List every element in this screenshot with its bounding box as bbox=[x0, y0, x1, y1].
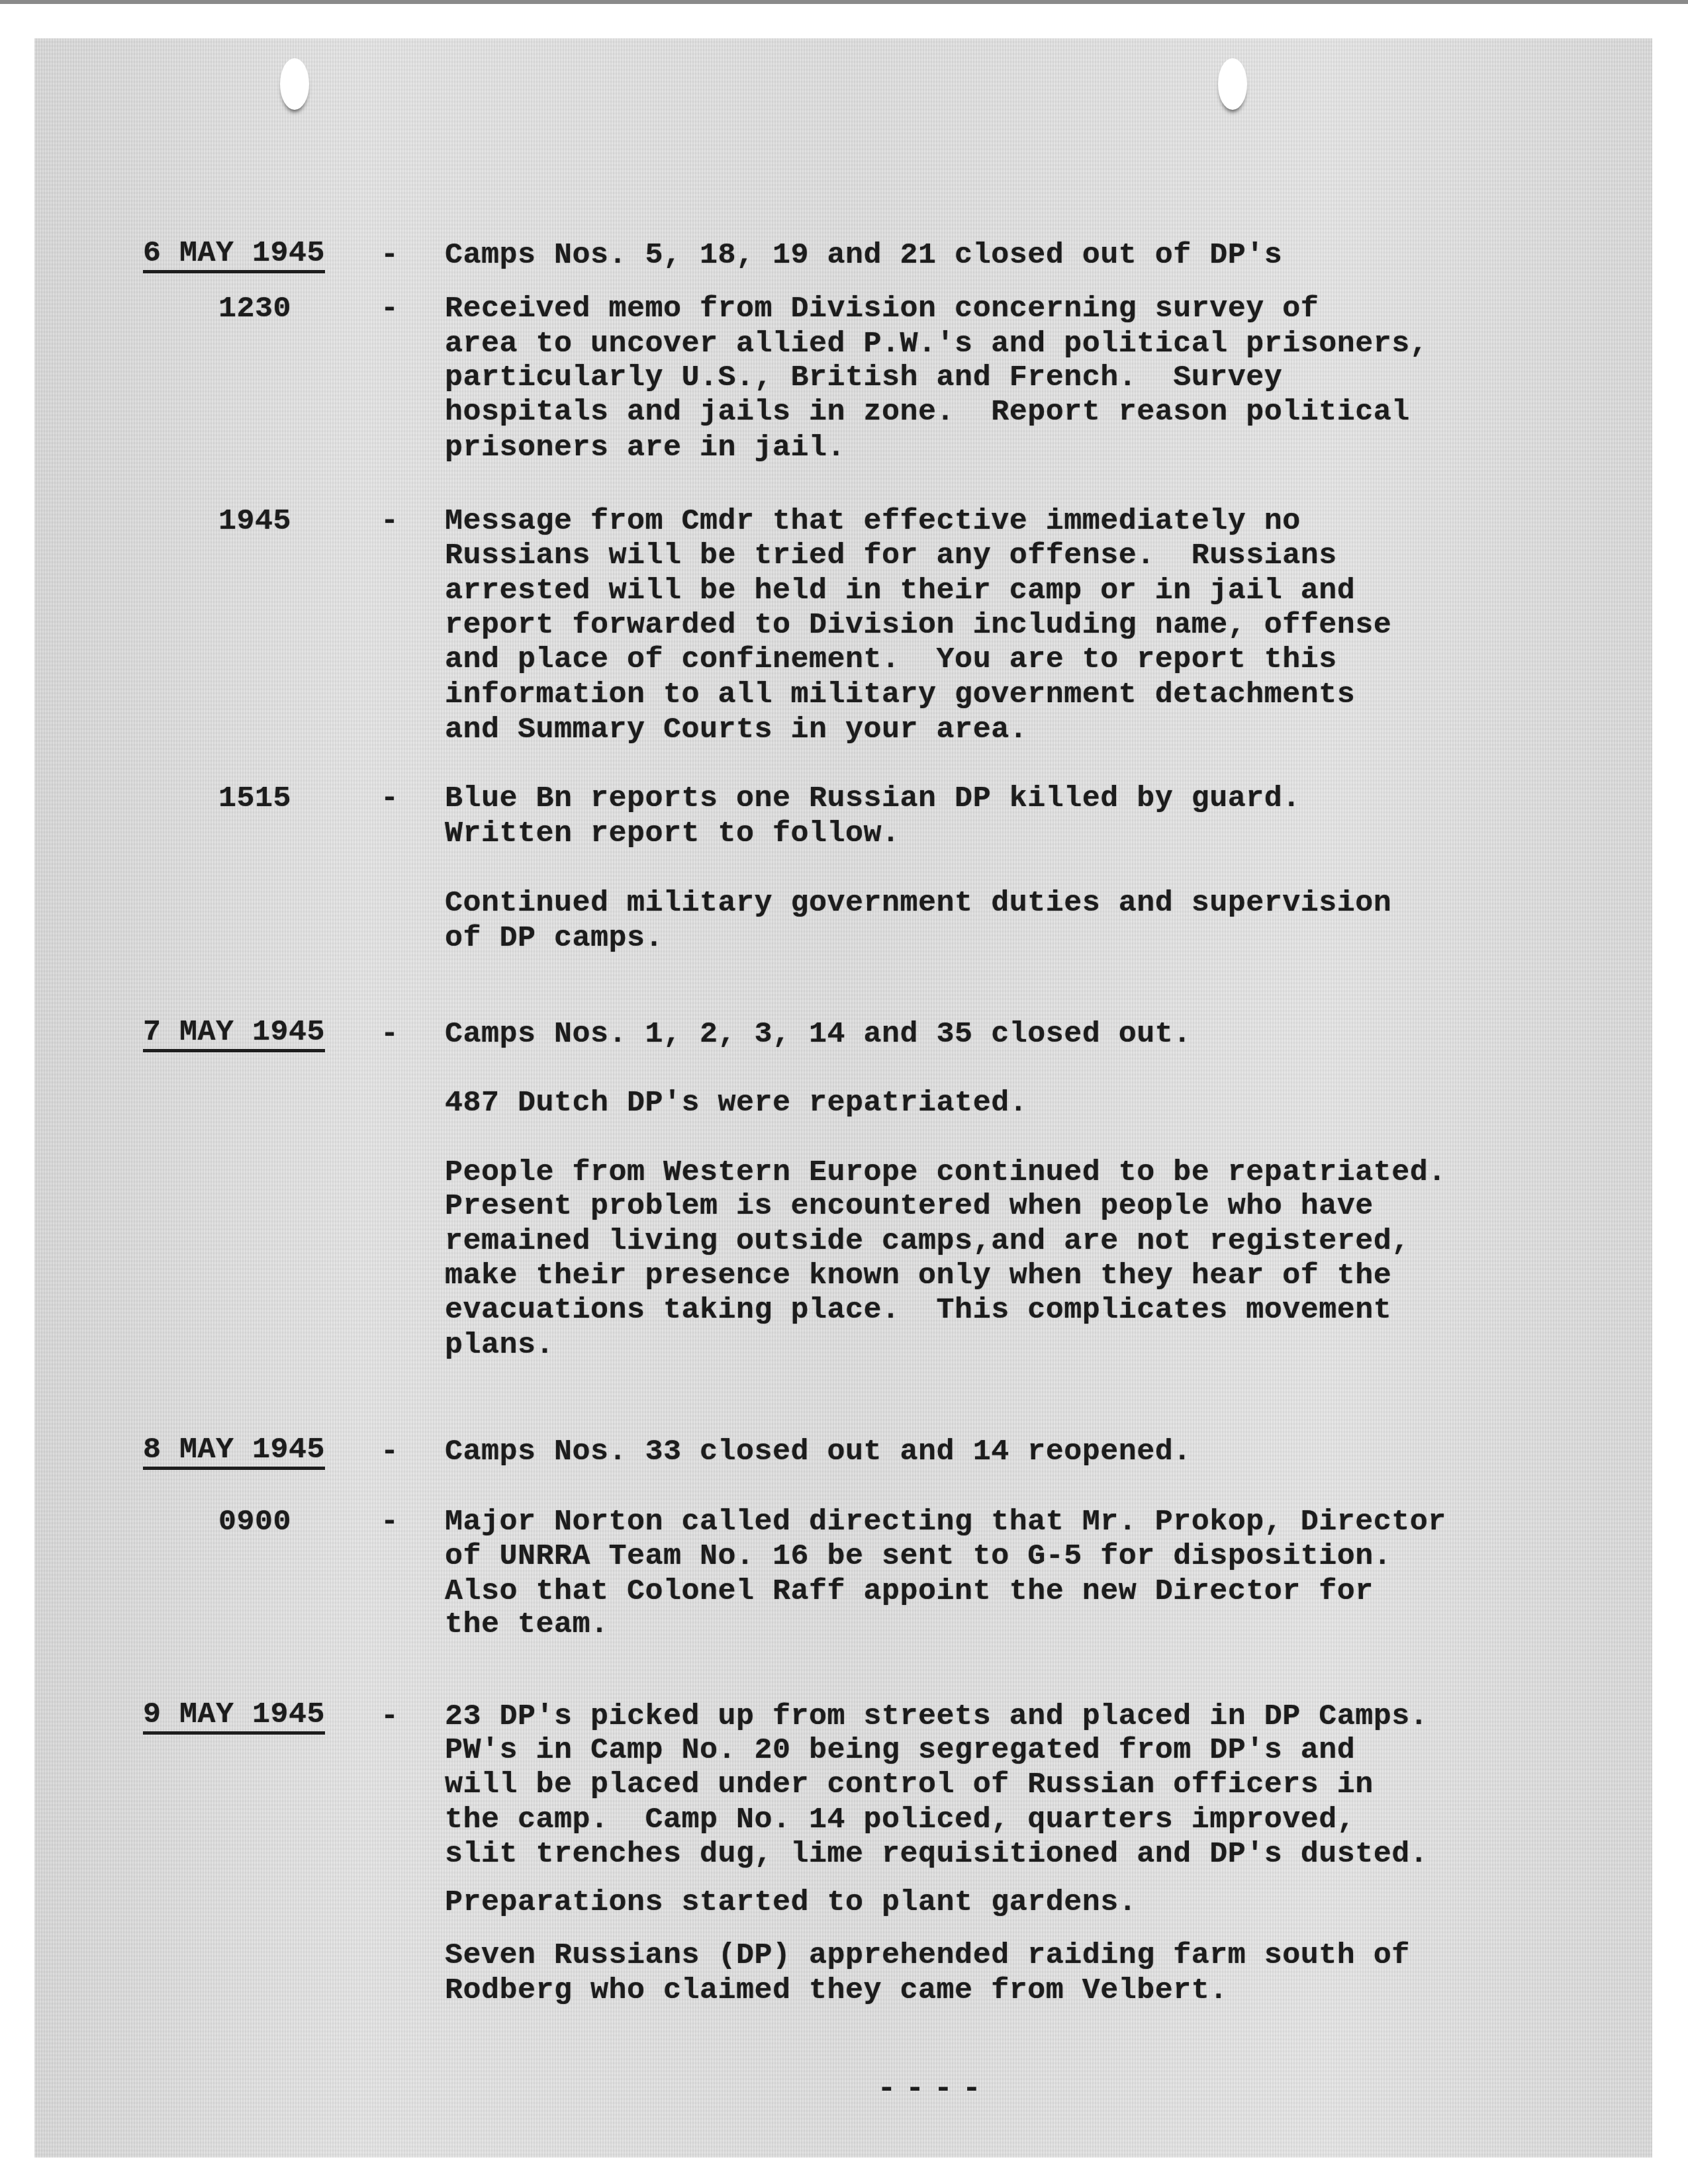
time-1230: 1230 bbox=[199, 292, 291, 326]
note-text: Continued military government duties and… bbox=[445, 886, 1391, 921]
entry-text: Message from Cmdr that effective immedia… bbox=[445, 504, 1301, 539]
punch-hole-right bbox=[1218, 58, 1247, 110]
entry-text: area to uncover allied P.W.'s and politi… bbox=[445, 327, 1428, 361]
note-text: make their presence known only when they… bbox=[445, 1259, 1391, 1293]
entry-text: Blue Bn reports one Russian DP killed by… bbox=[445, 782, 1301, 816]
entry-text: and place of confinement. You are to rep… bbox=[445, 643, 1337, 677]
note-text: Present problem is encountered when peop… bbox=[445, 1189, 1374, 1224]
entry-text: prisoners are in jail. bbox=[445, 431, 845, 465]
entry-text: Also that Colonel Raff appoint the new D… bbox=[445, 1574, 1374, 1609]
punch-hole-left bbox=[280, 58, 309, 110]
entry-dash: - bbox=[381, 1435, 399, 1469]
entry-text: report forwarded to Division including n… bbox=[445, 608, 1391, 643]
entry-date-7-may: 7 MAY 1945 bbox=[143, 1017, 325, 1052]
entry-text: the camp. Camp No. 14 policed, quarters … bbox=[445, 1803, 1355, 1837]
entry-text: of UNRRA Team No. 16 be sent to G-5 for … bbox=[445, 1539, 1391, 1574]
entry-date-9-may: 9 MAY 1945 bbox=[143, 1700, 325, 1735]
entry-dash: - bbox=[381, 1505, 399, 1539]
time-0900: 0900 bbox=[199, 1505, 291, 1539]
entry-text: Camps Nos. 33 closed out and 14 reopened… bbox=[445, 1435, 1192, 1469]
entry-dash: - bbox=[381, 1700, 399, 1734]
entry-text: will be placed under control of Russian … bbox=[445, 1768, 1374, 1802]
entry-text: Written report to follow. bbox=[445, 817, 900, 851]
entry-text: and Summary Courts in your area. bbox=[445, 713, 1027, 747]
entry-text: PW's in Camp No. 20 being segregated fro… bbox=[445, 1733, 1355, 1768]
entry-text: Major Norton called directing that Mr. P… bbox=[445, 1505, 1446, 1539]
entry-text: Camps Nos. 1, 2, 3, 14 and 35 closed out… bbox=[445, 1017, 1192, 1052]
entry-text: information to all military government d… bbox=[445, 678, 1355, 712]
entry-text: slit trenches dug, lime requisitioned an… bbox=[445, 1837, 1428, 1872]
note-text: Rodberg who claimed they came from Velbe… bbox=[445, 1974, 1228, 2008]
note-text: Seven Russians (DP) apprehended raiding … bbox=[445, 1938, 1410, 1973]
entry-dash: - bbox=[381, 238, 399, 273]
entry-date-8-may: 8 MAY 1945 bbox=[143, 1435, 325, 1470]
entry-dash: - bbox=[381, 782, 399, 816]
scan-top-edge bbox=[0, 0, 1688, 4]
end-of-section-mark: ---- bbox=[877, 2071, 990, 2107]
note-text: remained living outside camps,and are no… bbox=[445, 1224, 1410, 1259]
note-text: People from Western Europe continued to … bbox=[445, 1156, 1446, 1190]
entry-dash: - bbox=[381, 1017, 399, 1052]
note-text: of DP camps. bbox=[445, 921, 663, 956]
entry-text: Russians will be tried for any offense. … bbox=[445, 539, 1337, 573]
entry-date-6-may: 6 MAY 1945 bbox=[143, 238, 325, 273]
note-text: Preparations started to plant gardens. bbox=[445, 1886, 1137, 1920]
note-text: plans. bbox=[445, 1328, 554, 1363]
note-text: 487 Dutch DP's were repatriated. bbox=[445, 1086, 1027, 1120]
entry-text: the team. bbox=[445, 1608, 609, 1642]
entry-text: Camps Nos. 5, 18, 19 and 21 closed out o… bbox=[445, 238, 1282, 273]
entry-text: hospitals and jails in zone. Report reas… bbox=[445, 395, 1410, 430]
time-1945: 1945 bbox=[199, 504, 291, 539]
entry-dash: - bbox=[381, 504, 399, 539]
entry-text: particularly U.S., British and French. S… bbox=[445, 361, 1282, 395]
entry-dash: - bbox=[381, 292, 399, 326]
note-text: evacuations taking place. This complicat… bbox=[445, 1293, 1391, 1328]
time-1515: 1515 bbox=[199, 782, 291, 816]
entry-text: 23 DP's picked up from streets and place… bbox=[445, 1700, 1428, 1734]
entry-text: Received memo from Division concerning s… bbox=[445, 292, 1319, 326]
entry-text: arrested will be held in their camp or i… bbox=[445, 574, 1355, 608]
